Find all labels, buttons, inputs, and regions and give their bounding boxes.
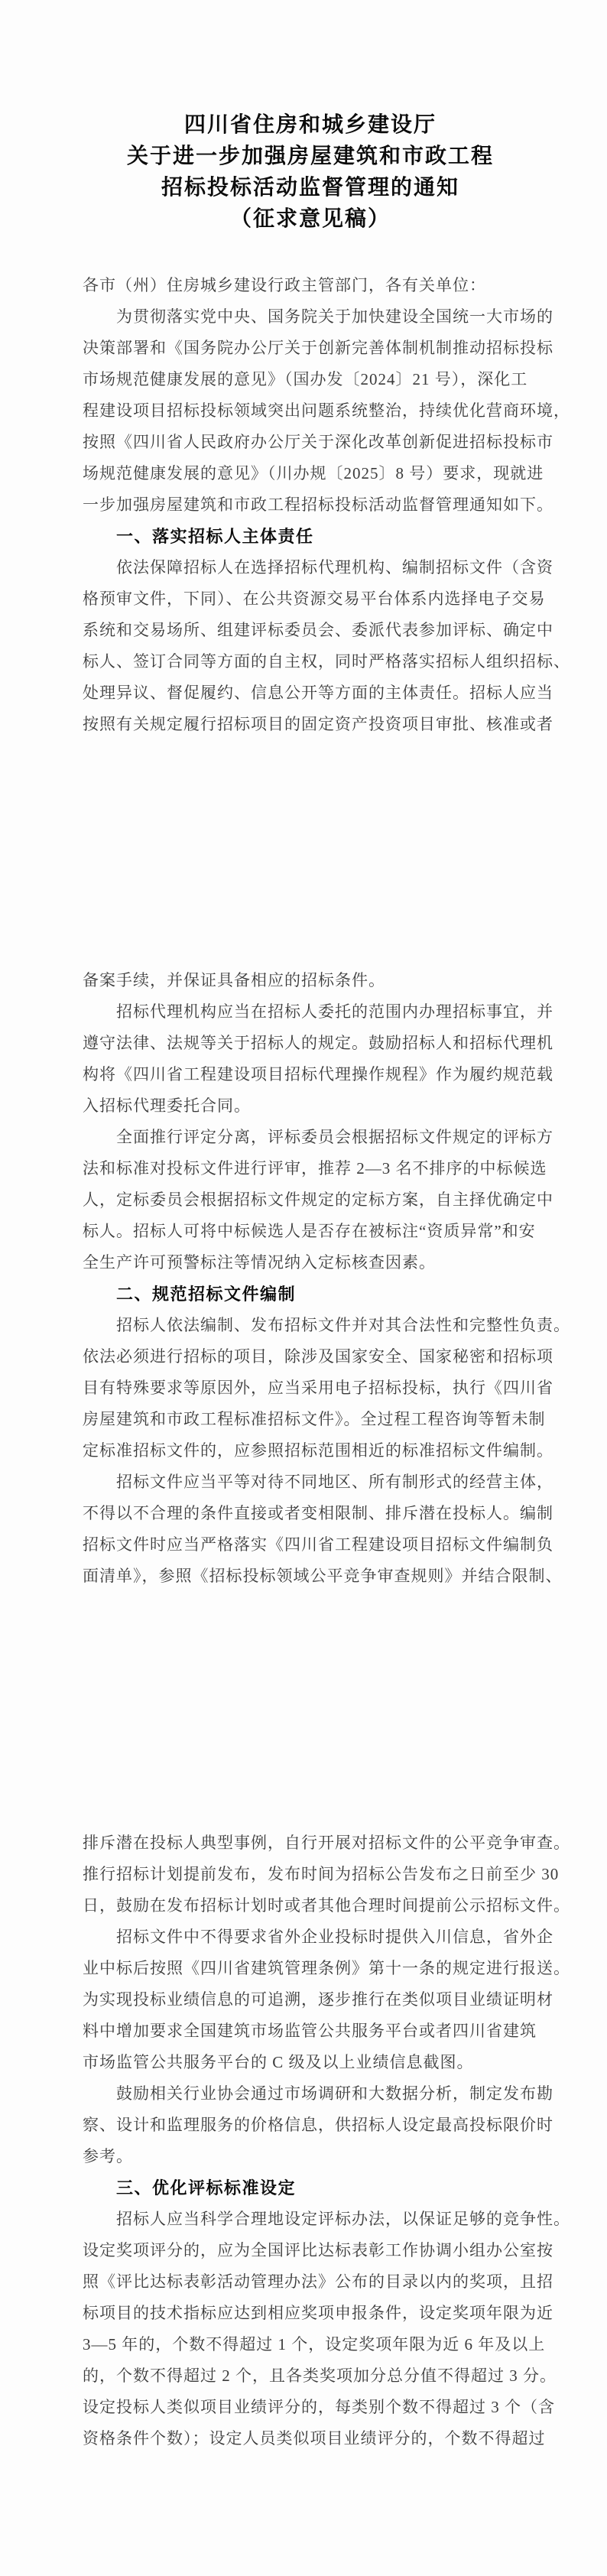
text-line: 推行招标计划提前发布，发布时间为招标公告发布之日前至少 30 bbox=[83, 1859, 538, 1890]
text-line: 招标文件应当平等对待不同地区、所有制形式的经营主体， bbox=[83, 1467, 538, 1498]
text-line: 面清单》，参照《招标投标领域公平竞争审查规则》并结合限制、 bbox=[83, 1561, 538, 1592]
document-title: 四川省住房和城乡建设厅 关于进一步加强房屋建筑和市政工程 招标投标活动监督管理的… bbox=[83, 109, 538, 235]
text-line: 一步加强房屋建筑和市政工程招标投标活动监督管理通知如下。 bbox=[83, 489, 538, 521]
text-line: 招标人应当科学合理地设定评标办法，以保证足够的竞争性。 bbox=[83, 2204, 538, 2235]
text-line: 设定投标人类似项目业绩评分的，每类别个数不得超过 3 个（含 bbox=[83, 2392, 538, 2423]
text-line: 决策部署和《国务院办公厅关于创新完善体制机制推动招标投标 bbox=[83, 333, 538, 364]
text-line: 设定奖项评分的，应为全国评比达标表彰工作协调小组办公室按 bbox=[83, 2235, 538, 2266]
text-line: 人，定标委员会根据招标文件规定的定标方案，自主择优确定中 bbox=[83, 1184, 538, 1216]
text-line: 业中标后按照《四川省建筑管理条例》第十一条的规定进行报送。 bbox=[83, 1953, 538, 1984]
text-line: 各市（州）住房城乡建设行政主管部门，各有关单位： bbox=[83, 270, 538, 301]
text-line: 排斥潜在投标人典型事例，自行开展对招标文件的公平竞争审查。 bbox=[83, 1827, 538, 1859]
page-break-gap bbox=[83, 740, 538, 965]
text-line: 按照有关规定履行招标项目的固定资产投资项目审批、核准或者 bbox=[83, 709, 538, 740]
text-line: 市场监管公共服务平台的 C 级及以上业绩信息截图。 bbox=[83, 2047, 538, 2078]
text-line: 招标文件中不得要求省外企业投标时提供入川信息，省外企 bbox=[83, 1921, 538, 1953]
text-line: 依法保障招标人在选择招标代理机构、编制招标文件（含资 bbox=[83, 552, 538, 583]
text-line: 遵守法律、法规等关于招标人的规定。鼓励招标人和招标代理机 bbox=[83, 1028, 538, 1059]
text-line: 程建设项目招标投标领域突出问题系统整治，持续优化营商环境， bbox=[83, 395, 538, 427]
text-line: 不得以不合理的条件直接或者变相限制、排斥潜在投标人。编制 bbox=[83, 1498, 538, 1529]
text-line: 为实现投标业绩信息的可追溯，逐步推行在类似项目业绩证明材 bbox=[83, 1984, 538, 2016]
text-line: 系统和交易场所、组建评标委员会、委派代表参加评标、确定中 bbox=[83, 615, 538, 646]
text-line: 构将《四川省工程建设项目招标代理操作规程》作为履约规范载 bbox=[83, 1059, 538, 1090]
text-line: 格预审文件，下同）、在公共资源交易平台体系内选择电子交易 bbox=[83, 583, 538, 615]
text-line: 依法必须进行招标的项目，除涉及国家安全、国家秘密和招标项 bbox=[83, 1341, 538, 1372]
notice-document: 四川省住房和城乡建设厅 关于进一步加强房屋建筑和市政工程 招标投标活动监督管理的… bbox=[0, 0, 607, 2576]
text-line: 日，鼓励在发布招标计划时或者其他合理时间提前公示招标文件。 bbox=[83, 1890, 538, 1921]
title-spacer bbox=[83, 235, 538, 270]
section-heading: 三、优化评标标准设定 bbox=[83, 2172, 538, 2204]
text-line: 场规范健康发展的意见》（川办规〔2025〕8 号）要求，现就进 bbox=[83, 458, 538, 489]
section-heading: 一、落实招标人主体责任 bbox=[83, 521, 538, 552]
text-line: 备案手续，并保证具备相应的招标条件。 bbox=[83, 965, 538, 996]
text-line: 全面推行评定分离，评标委员会根据招标文件规定的评标方 bbox=[83, 1122, 538, 1153]
text-line: 招标代理机构应当在招标人委托的范围内办理招标事宜，并 bbox=[83, 996, 538, 1028]
text-line: 为贯彻落实党中央、国务院关于加快建设全国统一大市场的 bbox=[83, 301, 538, 333]
text-line: 3—5 年的，个数不得超过 1 个，设定奖项年限为近 6 年及以上 bbox=[83, 2329, 538, 2360]
text-line: 房屋建筑和市政工程标准招标文件》。全过程工程咨询等暂未制 bbox=[83, 1404, 538, 1435]
text-line: 料中增加要求全国建筑市场监管公共服务平台或者四川省建筑 bbox=[83, 2016, 538, 2047]
text-line: 参考。 bbox=[83, 2141, 538, 2172]
text-line: 定标准招标文件的，应参照招标范围相近的标准招标文件编制。 bbox=[83, 1435, 538, 1467]
text-line: 入招标代理委托合同。 bbox=[83, 1090, 538, 1122]
text-line: 的，个数不得超过 2 个，且各类奖项加分总分值不得超过 3 分。 bbox=[83, 2360, 538, 2392]
text-line: 招标人依法编制、发布招标文件并对其合法性和完整性负责。 bbox=[83, 1310, 538, 1341]
title-line: （征求意见稿） bbox=[83, 203, 538, 235]
text-line: 标项目的技术指标应达到相应奖项申报条件，设定奖项年限为近 bbox=[83, 2298, 538, 2329]
text-line: 处理异议、督促履约、信息公开等方面的主体责任。招标人应当 bbox=[83, 677, 538, 709]
text-line: 资格条件个数）；设定人员类似项目业绩评分的，个数不得超过 bbox=[83, 2423, 538, 2454]
text-line: 标人。招标人可将中标候选人是否存在被标注“资质异常”和安 bbox=[83, 1216, 538, 1247]
text-line: 标人、签订合同等方面的自主权，同时严格落实招标人组织招标、 bbox=[83, 646, 538, 677]
text-line: 全生产许可预警标注等情况纳入定标核查因素。 bbox=[83, 1247, 538, 1278]
document-body: 各市（州）住房城乡建设行政主管部门，各有关单位：为贯彻落实党中央、国务院关于加快… bbox=[83, 270, 538, 2454]
page-break-gap bbox=[83, 1592, 538, 1827]
text-line: 法和标准对投标文件进行评审，推荐 2—3 名不排序的中标候选 bbox=[83, 1153, 538, 1184]
section-heading: 二、规范招标文件编制 bbox=[83, 1278, 538, 1310]
title-line: 四川省住房和城乡建设厅 bbox=[83, 109, 538, 141]
text-line: 鼓励相关行业协会通过市场调研和大数据分析，制定发布勘 bbox=[83, 2078, 538, 2110]
title-line: 关于进一步加强房屋建筑和市政工程 bbox=[83, 141, 538, 172]
text-line: 招标文件时应当严格落实《四川省工程建设项目招标文件编制负 bbox=[83, 1529, 538, 1561]
text-line: 按照《四川省人民政府办公厅关于深化改革创新促进招标投标市 bbox=[83, 427, 538, 458]
text-line: 目有特殊要求等原因外，应当采用电子招标投标，执行《四川省 bbox=[83, 1372, 538, 1404]
title-line: 招标投标活动监督管理的通知 bbox=[83, 172, 538, 203]
text-line: 市场规范健康发展的意见》（国办发〔2024〕21 号），深化工 bbox=[83, 364, 538, 395]
text-line: 照《评比达标表彰活动管理办法》公布的目录以内的奖项，且招 bbox=[83, 2266, 538, 2298]
text-line: 察、设计和监理服务的价格信息，供招标人设定最高投标限价时 bbox=[83, 2110, 538, 2141]
